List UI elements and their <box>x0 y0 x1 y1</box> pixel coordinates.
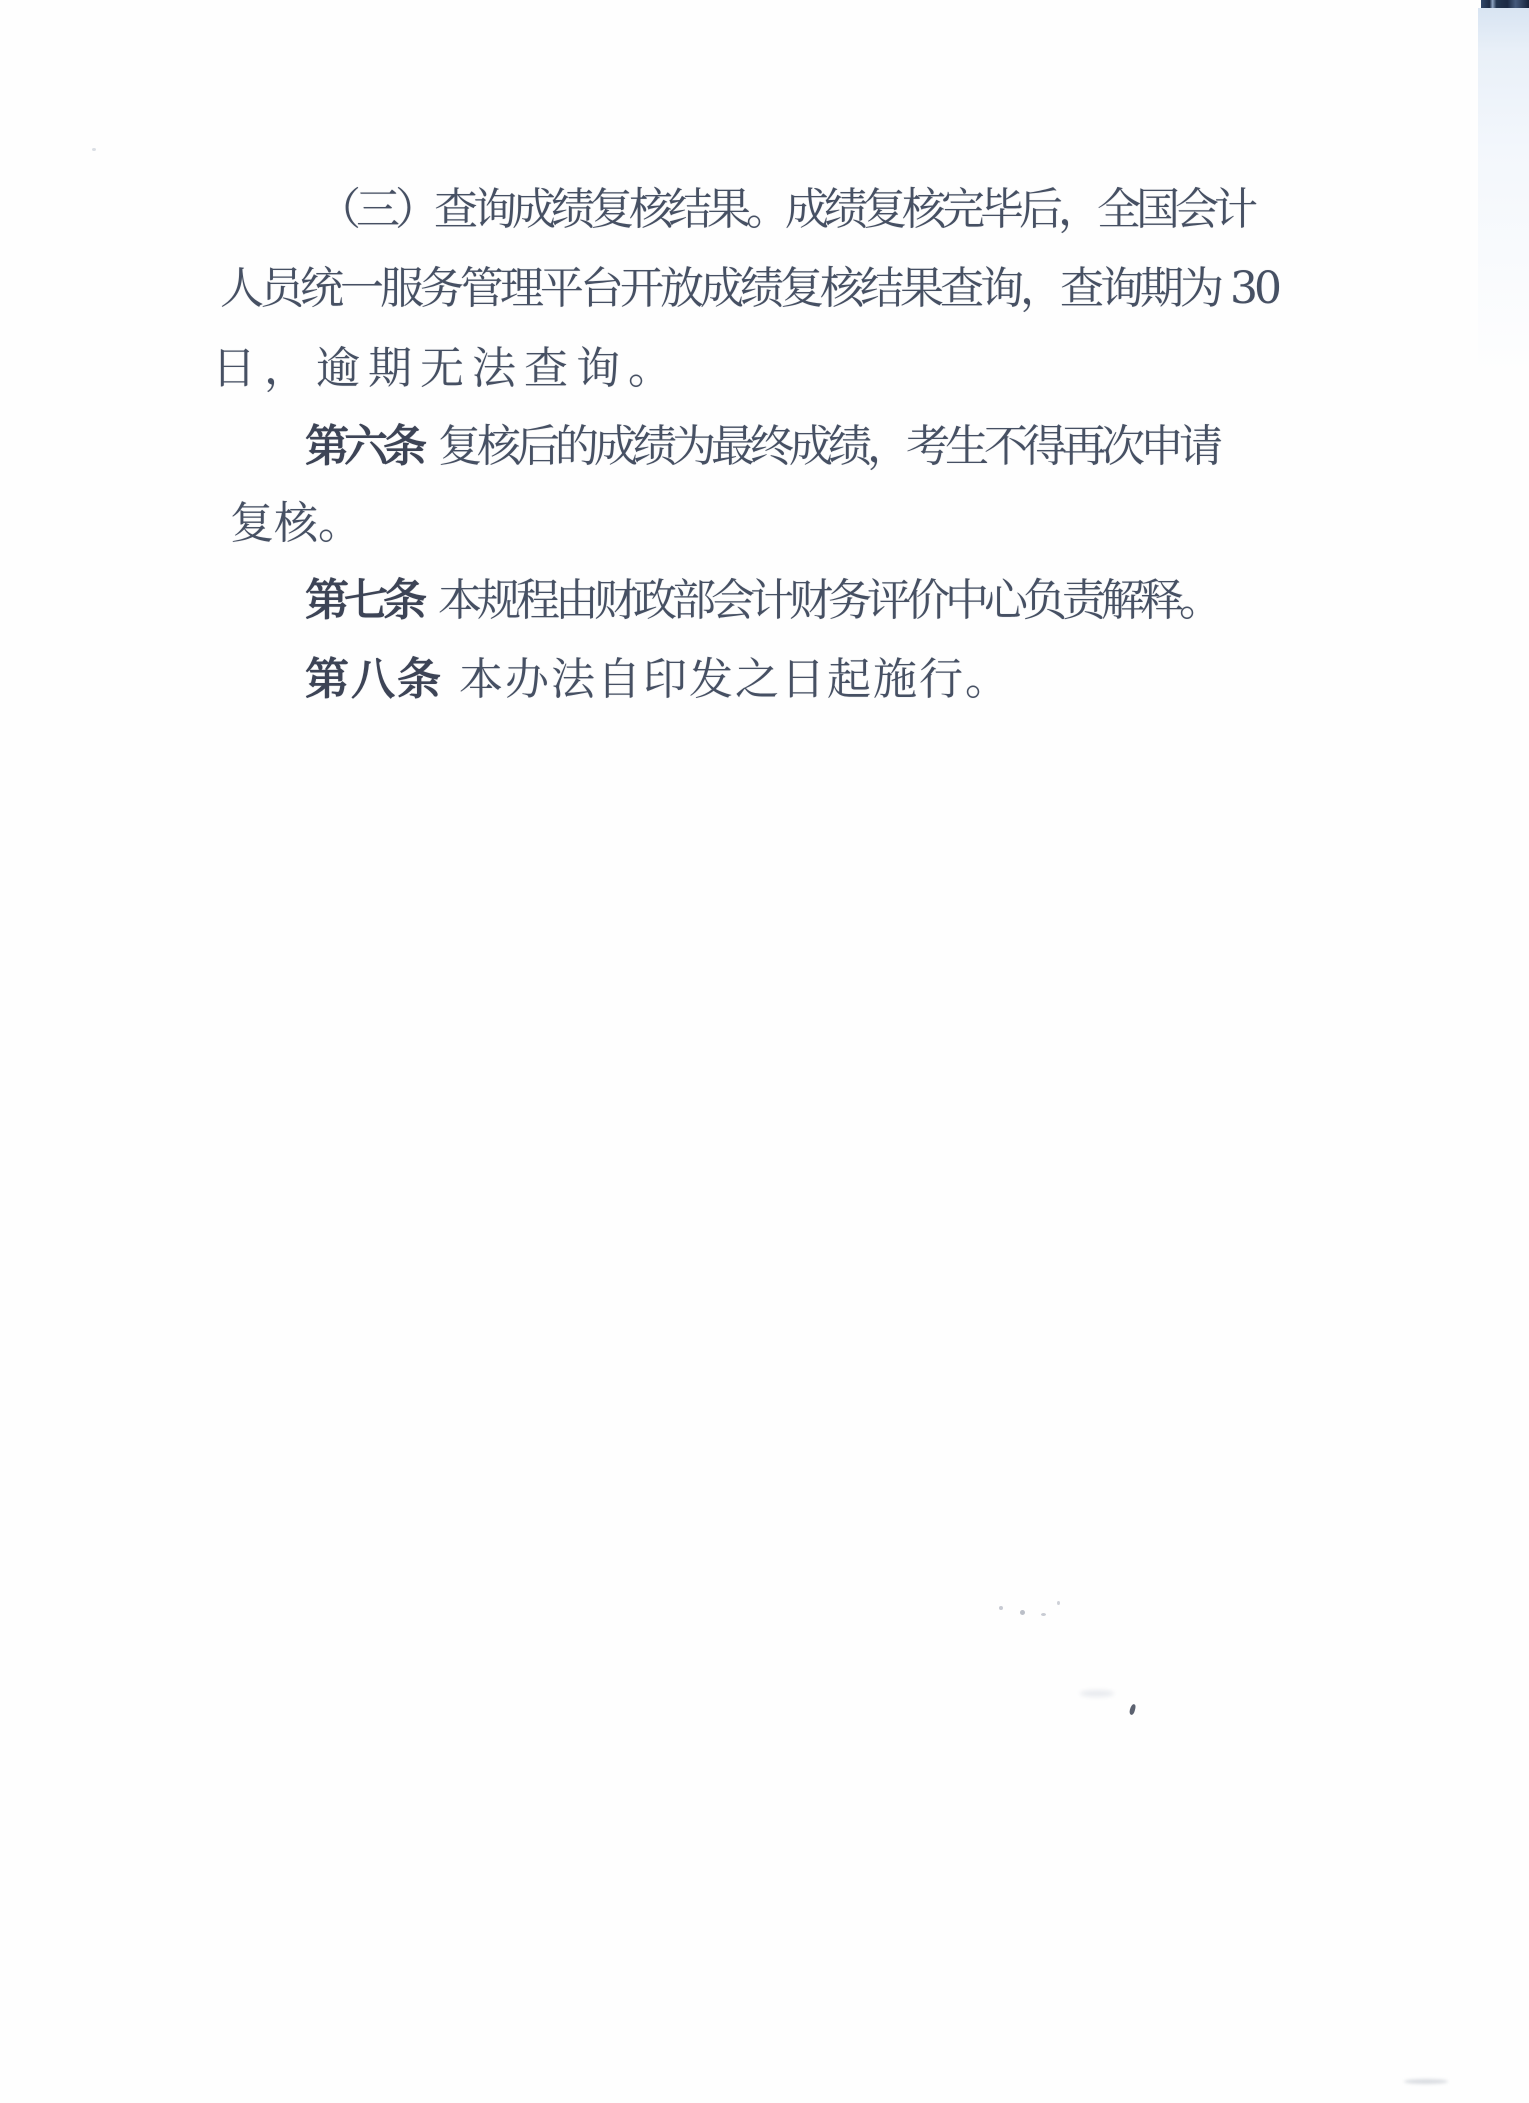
line-text: 复核后的成绩为最终成绩，考生不得再次申请 <box>438 421 1218 472</box>
text-line: 第八条本办法自印发之日起施行。 <box>305 658 1011 702</box>
text-line: 第七条本规程由财政部会计财务评价中心负责解释。 <box>305 579 1218 623</box>
line-text: 人员统一服务管理平台开放成绩复核结果查询，查询期为 30 <box>220 263 1278 314</box>
scan-speck <box>1057 1601 1060 1605</box>
article-number: 第七条 <box>305 575 422 626</box>
line-text: 日，逾期无法查询。 <box>212 343 680 394</box>
scan-speck <box>999 1606 1003 1610</box>
line-text: 本办法自印发之日起施行。 <box>459 654 1011 705</box>
text-line: 人员统一服务管理平台开放成绩复核结果查询，查询期为 30 <box>220 267 1278 311</box>
line-text: 本规程由财政部会计财务评价中心负责解释。 <box>438 575 1218 626</box>
scanned-page: （三）查询成绩复核结果。成绩复核完毕后，全国会计 人员统一服务管理平台开放成绩复… <box>0 0 1529 2103</box>
scan-smudge <box>1080 1690 1114 1697</box>
text-line: 日，逾期无法查询。 <box>212 347 680 391</box>
line-text: 复核。 <box>230 498 362 549</box>
text-line: （三）查询成绩复核结果。成绩复核完毕后，全国会计 <box>317 188 1253 232</box>
text-line: 复核。 <box>230 502 362 546</box>
scan-speck <box>92 148 96 151</box>
line-text: （三）查询成绩复核结果。成绩复核完毕后，全国会计 <box>317 184 1253 235</box>
scan-speck <box>1041 1613 1046 1616</box>
text-line: 第六条复核后的成绩为最终成绩，考生不得再次申请 <box>305 425 1218 469</box>
scan-smudge <box>1404 2079 1448 2084</box>
article-number: 第六条 <box>305 421 422 472</box>
ink-mark <box>1129 1704 1137 1716</box>
article-number: 第八条 <box>305 654 443 705</box>
scan-speck <box>1020 1610 1025 1615</box>
scan-edge-tint <box>1478 8 1529 378</box>
